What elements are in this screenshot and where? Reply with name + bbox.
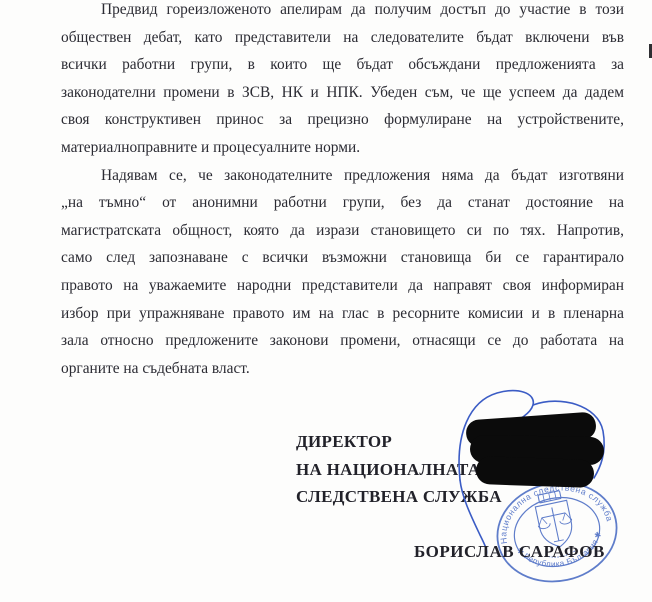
paragraph-2-line: правото на уважаемите народни представит… (61, 272, 624, 300)
scanned-letter-page: Предвид гореизложеното апелирам да получ… (0, 0, 652, 602)
redaction-mark (462, 408, 607, 492)
paragraph-2-line: магистратската общност, която да изрази … (61, 217, 624, 245)
paragraph-2-line: избор при упражняване правото им на глас… (61, 300, 624, 328)
paragraph-2-line: Надявам се, че законодателните предложен… (61, 162, 624, 190)
paragraph-1-line: обществен дебат, като представители на с… (61, 24, 624, 52)
paragraph-1-line: материалноправните и процесуалните норми… (61, 134, 624, 162)
paragraph-2-line: само след запознаване с всички възможни … (61, 244, 624, 272)
letter-body: Предвид гореизложеното апелирам да получ… (61, 0, 624, 382)
paragraph-1-line: Предвид гореизложеното апелирам да получ… (61, 0, 624, 24)
paragraph-2-line: зала относно предложените законови проме… (61, 327, 624, 355)
signer-name: БОРИСЛАВ САРАФОВ (414, 538, 605, 566)
paragraph-2-line: органите на съдебната власт. (61, 355, 624, 383)
paragraph-1-line: всички работни групи, в които ще бъдат о… (61, 51, 624, 79)
paragraph-1-line: законодателни промени в ЗСВ, НК и НПК. У… (61, 79, 624, 107)
paragraph-2-line: „на тъмно“ от анонимни работни групи, бе… (61, 189, 624, 217)
paragraph-1-line: своя конструктивен принос за прецизно фо… (61, 106, 624, 134)
